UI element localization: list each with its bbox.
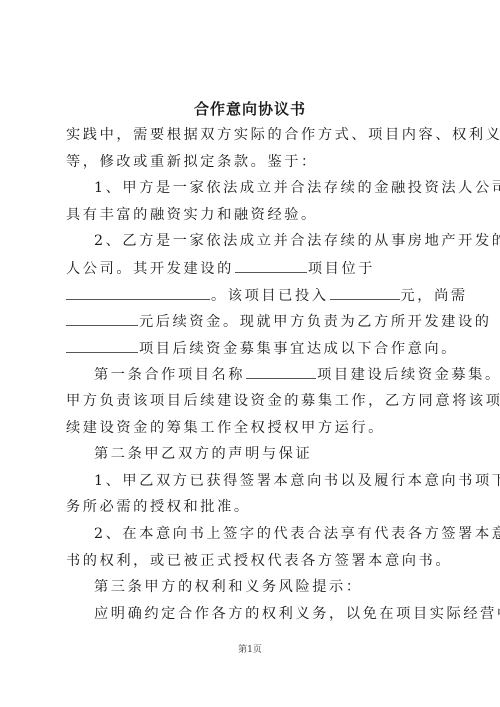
paragraph-line: 甲方负责该项目后续建设资金的募集工作，乙方同意将该项目后	[66, 392, 446, 410]
paragraph-line: 应明确约定合作各方的权利义务，以免在项目实际经营中出	[94, 605, 446, 623]
paragraph-line: 1、甲乙双方已获得签署本意向书以及履行本意向书项下义	[94, 472, 446, 490]
paragraph-line: 元后续资金。现就甲方负责为乙方所开发建设的	[66, 312, 446, 331]
paragraph-line: 第一条合作项目名称项目建设后续资金募集。	[94, 365, 446, 384]
paragraph-line: 2、乙方是一家依法成立并合法存续的从事房地产开发的法	[94, 232, 446, 250]
paragraph-line: 务所必需的授权和批准。	[66, 498, 446, 516]
paragraph-line: 实践中，需要根据双方实际的合作方式、项目内容、权利义务	[66, 126, 446, 144]
section-heading: 第二条甲乙双方的声明与保证	[94, 445, 446, 463]
line-text: 第一条合作项目名称	[94, 367, 245, 383]
paragraph-line: 2、在本意向书上签字的代表合法享有代表各方签署本意向	[94, 525, 446, 543]
line-text: 项目建设后续资金募集。	[317, 367, 500, 383]
paragraph-line: 等，修改或重新拟定条款。鉴于：	[66, 153, 446, 171]
section-heading: 第三条甲方的权利和义务风险提示：	[94, 578, 446, 596]
document-page: 合作意向协议书 实践中，需要根据双方实际的合作方式、项目内容、权利义务 等，修改…	[0, 0, 500, 707]
paragraph-line: 1、甲方是一家依法成立并合法存续的金融投资法人公司，	[94, 179, 446, 197]
fill-blank-location	[66, 286, 210, 300]
paragraph-line: 项目后续资金募集事宜达成以下合作意向。	[66, 339, 446, 358]
paragraph-line: 人公司。其开发建设的项目位于	[66, 259, 446, 278]
line-text: 元后续资金。现就甲方负责为乙方所开发建设的	[139, 314, 492, 330]
fill-blank-project	[66, 339, 138, 353]
line-text: 项目位于	[308, 261, 375, 277]
line-text: 人公司。其开发建设的	[66, 261, 234, 277]
document-title: 合作意向协议书	[0, 98, 500, 119]
page-number: 第1页	[0, 642, 500, 655]
line-text: 元，尚需	[401, 288, 468, 304]
fill-blank-cooperation-project	[246, 365, 316, 379]
line-text: 项目后续资金募集事宜达成以下合作意向。	[139, 341, 458, 357]
paragraph-line: 续建设资金的筹集工作全权授权甲方运行。	[66, 419, 446, 437]
fill-blank-invested	[330, 286, 400, 300]
paragraph-line: 。该项目已投入元，尚需	[66, 286, 446, 305]
fill-blank-needed	[66, 312, 138, 326]
line-text: 。该项目已投入	[211, 288, 329, 304]
fill-blank-project-name	[235, 259, 307, 273]
paragraph-line: 书的权利，或已被正式授权代表各方签署本意向书。	[66, 552, 446, 570]
paragraph-line: 具有丰富的融资实力和融资经验。	[66, 206, 446, 224]
